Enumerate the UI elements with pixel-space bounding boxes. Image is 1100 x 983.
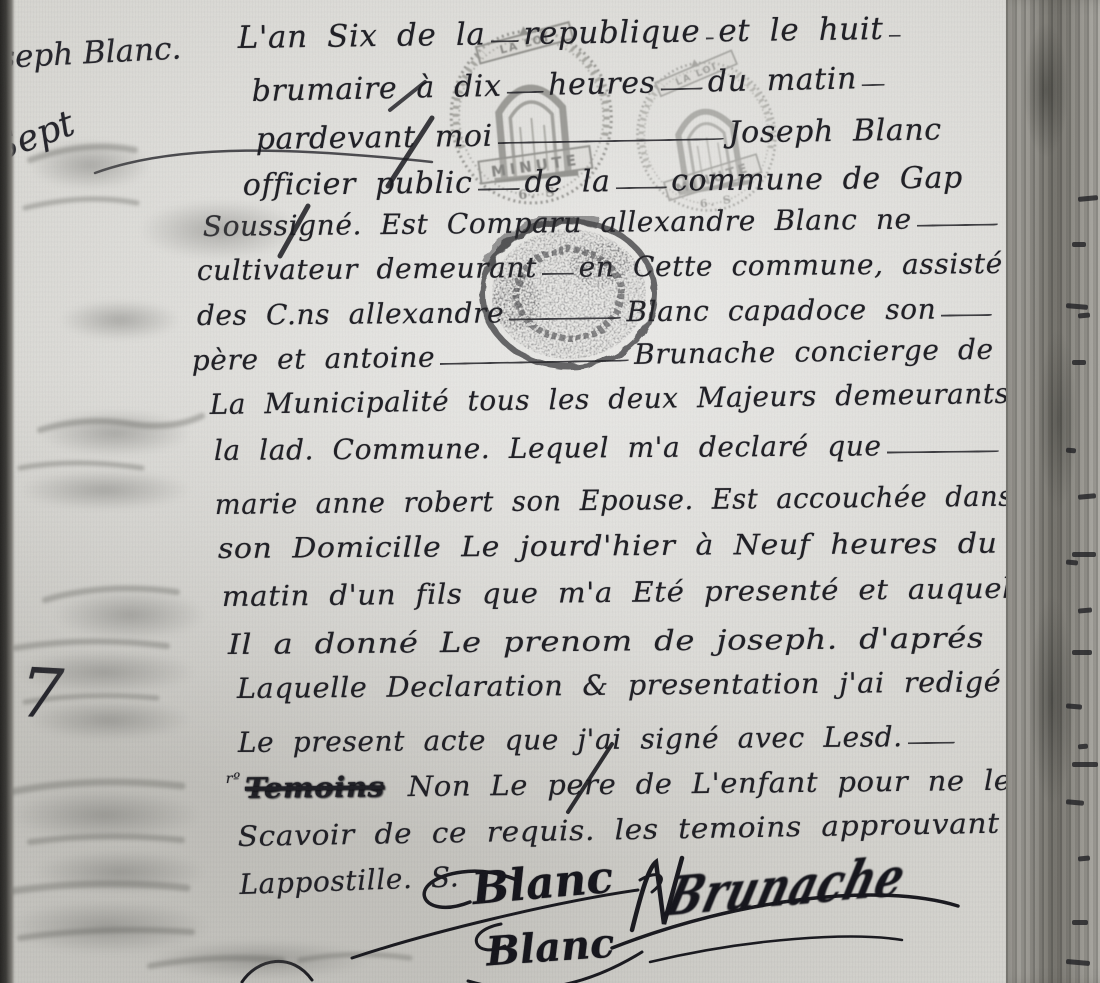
- manuscript-word: republique: [523, 14, 700, 53]
- edge-ink-dash: [1072, 242, 1086, 247]
- manuscript-line: son Domicille Le jourd'hier à Neuf heure…: [218, 527, 998, 565]
- scanned-register-page: { "margin": { "name_note": "Joseph Blanc…: [0, 0, 1100, 983]
- ink-smudge: [40, 410, 190, 456]
- manuscript-line: Laquelle Declaration & presentation j'ai…: [237, 665, 1002, 705]
- ink-rule: [862, 84, 885, 87]
- manuscript-line: La Municipalité tous les deux Majeurs de…: [210, 377, 1010, 421]
- edge-ink-dash: [1078, 312, 1090, 318]
- ink-rule: [542, 272, 574, 274]
- ink-rule: [888, 35, 900, 37]
- ink-rule: [887, 450, 999, 453]
- manuscript-line: Soussigné. Est Comparu allexandre Blanc …: [203, 202, 1003, 243]
- manuscript-word: L'an Six de la: [237, 17, 485, 57]
- manuscript-word: matin d'un fils que m'a Eté presenté et …: [222, 572, 1013, 613]
- manuscript-line: L'an Six de larepubliqueet le huit: [237, 11, 905, 57]
- manuscript-word: Joseph Blanc: [728, 112, 942, 150]
- ink-rule: [440, 359, 629, 364]
- edge-ink-dash: [1072, 650, 1092, 655]
- manuscript-line: marie anne robert son Epouse. Est accouc…: [215, 480, 1013, 521]
- manuscript-line: officier publicde lacommune de Gap: [243, 160, 963, 203]
- manuscript-word: la lad. Commune. Lequel m'a declaré que: [214, 429, 882, 467]
- ink-rule: [941, 313, 992, 316]
- edge-ink-dash: [1078, 855, 1090, 861]
- ink-rule: [616, 187, 667, 190]
- manuscript-word: Blanc capadoce son: [626, 293, 936, 329]
- ink-rule: [908, 741, 955, 744]
- ink-smudge: [20, 470, 190, 510]
- edge-ink-dash: [1066, 559, 1078, 565]
- ink-smudge: [30, 700, 190, 740]
- manuscript-word: marie anne robert son Epouse. Est accouc…: [215, 480, 1013, 521]
- manuscript-word: Lappostille. S.: [239, 860, 460, 901]
- manuscript-word: pardevant moi: [256, 119, 494, 158]
- manuscript-line: pardevant moiJoseph Blanc: [256, 112, 942, 157]
- edge-ink-dash: [1072, 552, 1096, 557]
- manuscript-line: rºTemoins Non Le pere de L'enfant pour n…: [226, 764, 1012, 805]
- book-gutter-edge: [0, 0, 15, 983]
- edge-ink-dash: [1072, 360, 1086, 365]
- ink-rule: [917, 223, 998, 226]
- ink-rule: [705, 37, 713, 39]
- manuscript-word: Le present acte que j'ai signé avec Lesd…: [238, 720, 903, 759]
- edge-ink-dash: [1072, 920, 1088, 925]
- manuscript-line: des C.ns allexandreBlanc capadoce son: [197, 292, 997, 332]
- manuscript-word: commune de Gap: [671, 160, 963, 198]
- ink-smudge: [15, 650, 195, 694]
- manuscript-word: des C.ns allexandre: [197, 296, 505, 332]
- edge-ink-dash: [1066, 448, 1076, 454]
- manuscript-word: La Municipalité tous les deux Majeurs de…: [210, 377, 1010, 421]
- manuscript-line: père et antoineBrunache concierge de: [192, 333, 994, 377]
- page-fold-edge: [1006, 0, 1100, 983]
- ink-smudge: [60, 300, 180, 340]
- manuscript-line: brumaire à dixheuresdu matin: [251, 61, 890, 110]
- manuscript-word: Il a donné Le prenom de joseph. d'aprés: [228, 621, 985, 661]
- manuscript-word: brumaire à dix: [251, 69, 502, 110]
- ink-rule: [491, 40, 519, 43]
- manuscript-word: Non Le pere de L'enfant pour ne le: [388, 764, 1011, 804]
- manuscript-word: en Cette commune, assisté: [579, 247, 1003, 284]
- ink-rule: [509, 317, 621, 320]
- manuscript-word: Soussigné. Est Comparu allexandre Blanc …: [203, 203, 912, 243]
- ink-rule: [477, 188, 519, 191]
- manuscript-word: officier public: [243, 166, 473, 204]
- manuscript-word: et le huit: [718, 11, 884, 50]
- manuscript-line: la lad. Commune. Lequel m'a declaré que: [214, 428, 1004, 467]
- ink-smudge: [150, 940, 370, 980]
- manuscript-word: heures: [548, 66, 656, 104]
- ink-smudge: [10, 790, 200, 840]
- manuscript-line: Le present acte que j'ai signé avec Lesd…: [238, 720, 960, 759]
- ink-smudge: [140, 200, 300, 260]
- manuscript-word: de la: [524, 164, 610, 200]
- manuscript-word: du matin: [707, 61, 857, 100]
- manuscript-line: Lappostille. S.: [239, 860, 470, 901]
- manuscript-word: Laquelle Declaration & presentation j'ai…: [237, 665, 1002, 705]
- signature-officer: Blanc: [485, 920, 616, 976]
- ink-smudge: [55, 590, 205, 640]
- edge-ink-dash: [1078, 744, 1088, 750]
- manuscript-word: son Domicille Le jourd'hier à Neuf heure…: [218, 527, 998, 565]
- ink-rule: [507, 91, 544, 94]
- manuscript-line: matin d'un fils que m'a Eté presenté et …: [222, 572, 1013, 613]
- manuscript-line: Il a donné Le prenom de joseph. d'aprés: [228, 621, 985, 661]
- ink-smudge: [35, 850, 205, 894]
- manuscript-word: rº: [226, 771, 241, 788]
- ink-rule: [661, 88, 703, 91]
- manuscript-word: Brunache concierge de: [634, 333, 994, 371]
- manuscript-word: Temoins: [245, 770, 385, 804]
- ink-smudge: [30, 140, 150, 190]
- manuscript-word: père et antoine: [192, 341, 436, 377]
- manuscript-line: cultivateur demeuranten Cette commune, a…: [197, 247, 1003, 287]
- edge-ink-dash: [1072, 762, 1098, 767]
- ink-rule: [498, 138, 724, 144]
